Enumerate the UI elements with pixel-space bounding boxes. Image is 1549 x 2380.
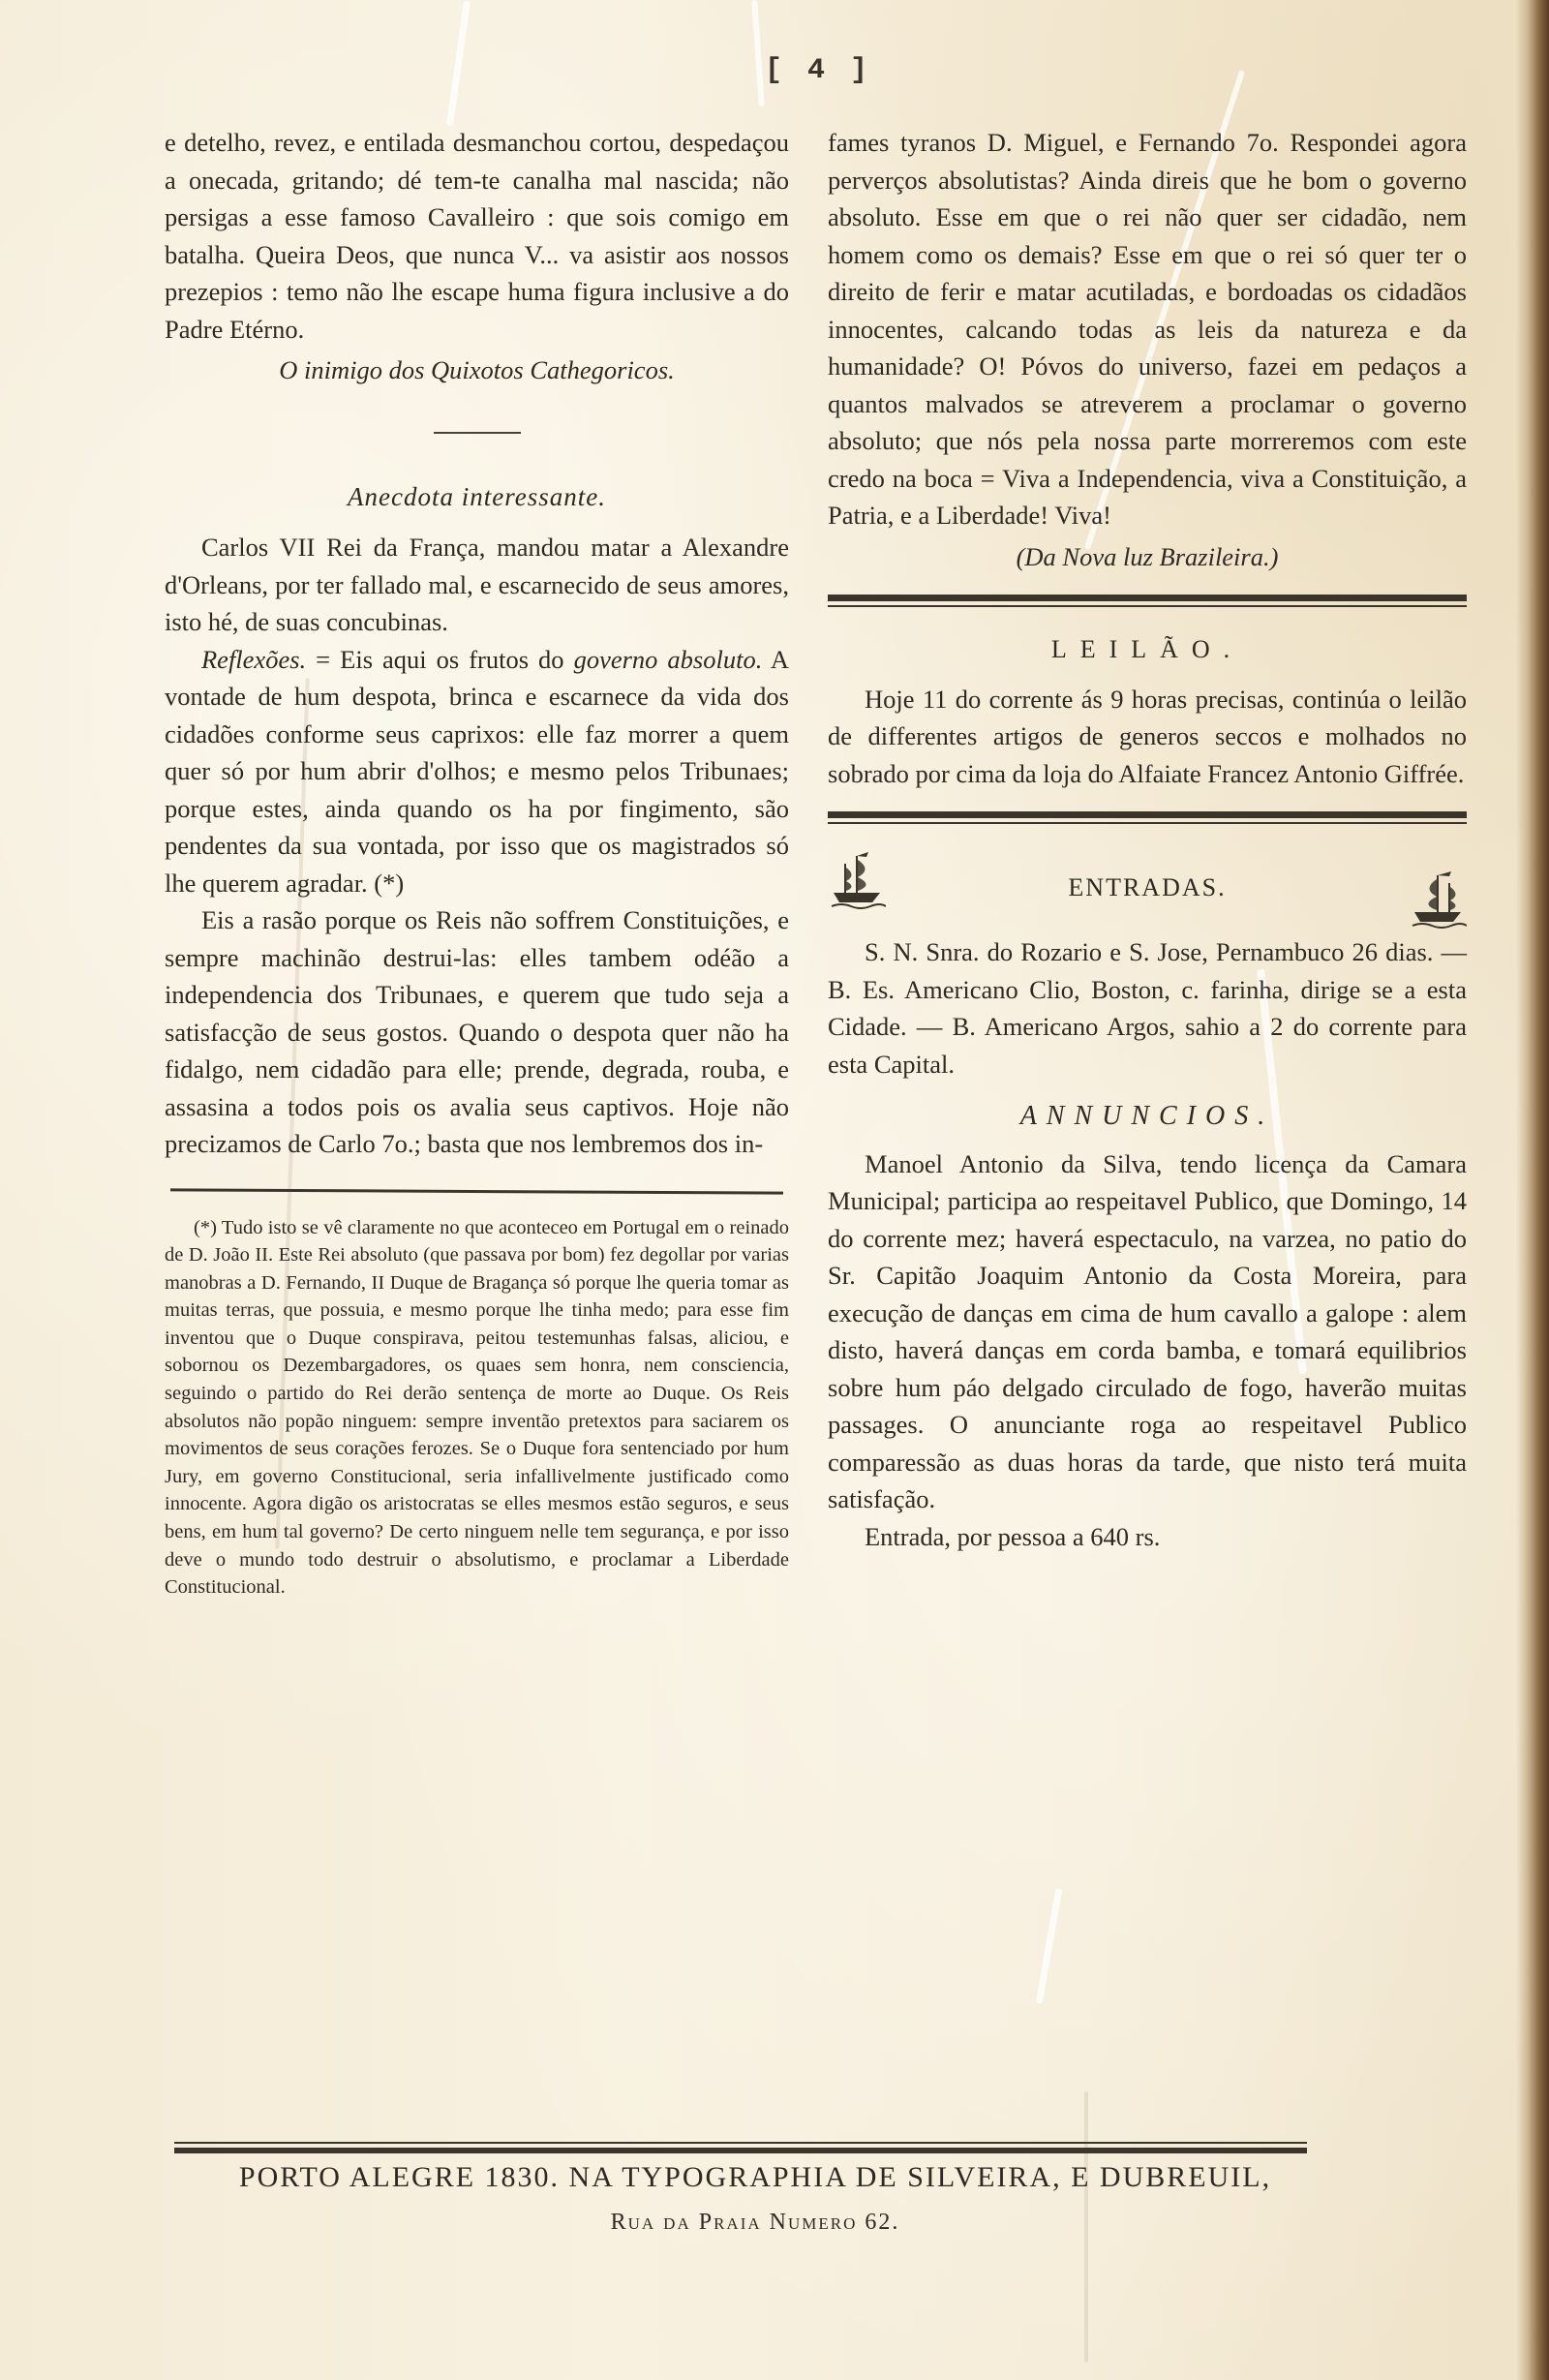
entradas-title: ENTRADAS. <box>828 870 1467 907</box>
paper-crack <box>1036 1888 1063 2003</box>
section-divider <box>828 811 1467 827</box>
footnote-divider <box>170 1188 783 1194</box>
entradas-text: S. N. Snra. do Rozario e S. Jose, Pernam… <box>828 933 1467 1083</box>
annuncios-text: Manoel Antonio da Silva, tendo licença d… <box>828 1145 1467 1518</box>
section-title: Anecdota interessante. <box>165 478 789 516</box>
imprint-line-2: Rua da Praia Numero 62. <box>155 2210 1355 2236</box>
eis-paragraph: Eis a rasão porque os Reis não soffrem C… <box>165 901 789 1163</box>
entradas-header: ENTRADAS. <box>828 848 1467 924</box>
footnote-text: (*) Tudo isto se vê claramente no que ac… <box>165 1214 789 1602</box>
paper-crack <box>446 0 471 126</box>
page-edge-binding <box>1516 0 1549 2380</box>
left-column: e detelho, revez, e entilada desmanchou … <box>165 124 789 1602</box>
section-divider <box>828 595 1467 610</box>
footnote: (*) Tudo isto se vê claramente no que ac… <box>165 1214 789 1602</box>
annuncios-title: ANNUNCIOS. <box>828 1098 1467 1136</box>
reflexoes-italic: governo absoluto. <box>574 645 763 674</box>
paper-crack <box>751 0 765 107</box>
newspaper-page: [ 4 ] e detelho, revez, e entilada desma… <box>0 0 1549 2380</box>
anecdote-paragraph: Carlos VII Rei da França, mandou matar a… <box>165 529 789 641</box>
article-signature: O inimigo dos Quixotos Cathegoricos. <box>165 351 789 389</box>
right-column: fames tyranos D. Miguel, e Fernando 7o. … <box>828 124 1467 1555</box>
imprint-divider <box>174 2142 1307 2157</box>
ship-icon <box>1409 868 1467 930</box>
source-attribution: (Da Nova luz Brazileira.) <box>828 538 1467 576</box>
reflexoes-text-1: Eis aqui os frutos do <box>340 645 563 674</box>
section-divider <box>434 432 521 434</box>
page-number: [ 4 ] <box>765 54 871 87</box>
reflexoes-paragraph: Reflexões. = Eis aqui os frutos do gover… <box>165 641 789 902</box>
reflexoes-text-2: A vontade de hum despota, brinca e escar… <box>165 645 789 898</box>
entrada-price: Entrada, por pessoa a 640 rs. <box>828 1518 1467 1556</box>
reflexoes-label: Reflexões. <box>201 645 306 674</box>
continuation-paragraph: fames tyranos D. Miguel, e Fernando 7o. … <box>828 124 1467 534</box>
leilao-text: Hoje 11 do corrente ás 9 horas precisas,… <box>828 681 1467 793</box>
imprint-line-1: PORTO ALEGRE 1830. NA TYPOGRAPHIA DE SIL… <box>155 2161 1355 2194</box>
reflexoes-separator: = <box>316 645 330 674</box>
opening-paragraph: e detelho, revez, e entilada desmanchou … <box>165 124 789 348</box>
leilao-title: LEILÃO. <box>828 631 1467 669</box>
